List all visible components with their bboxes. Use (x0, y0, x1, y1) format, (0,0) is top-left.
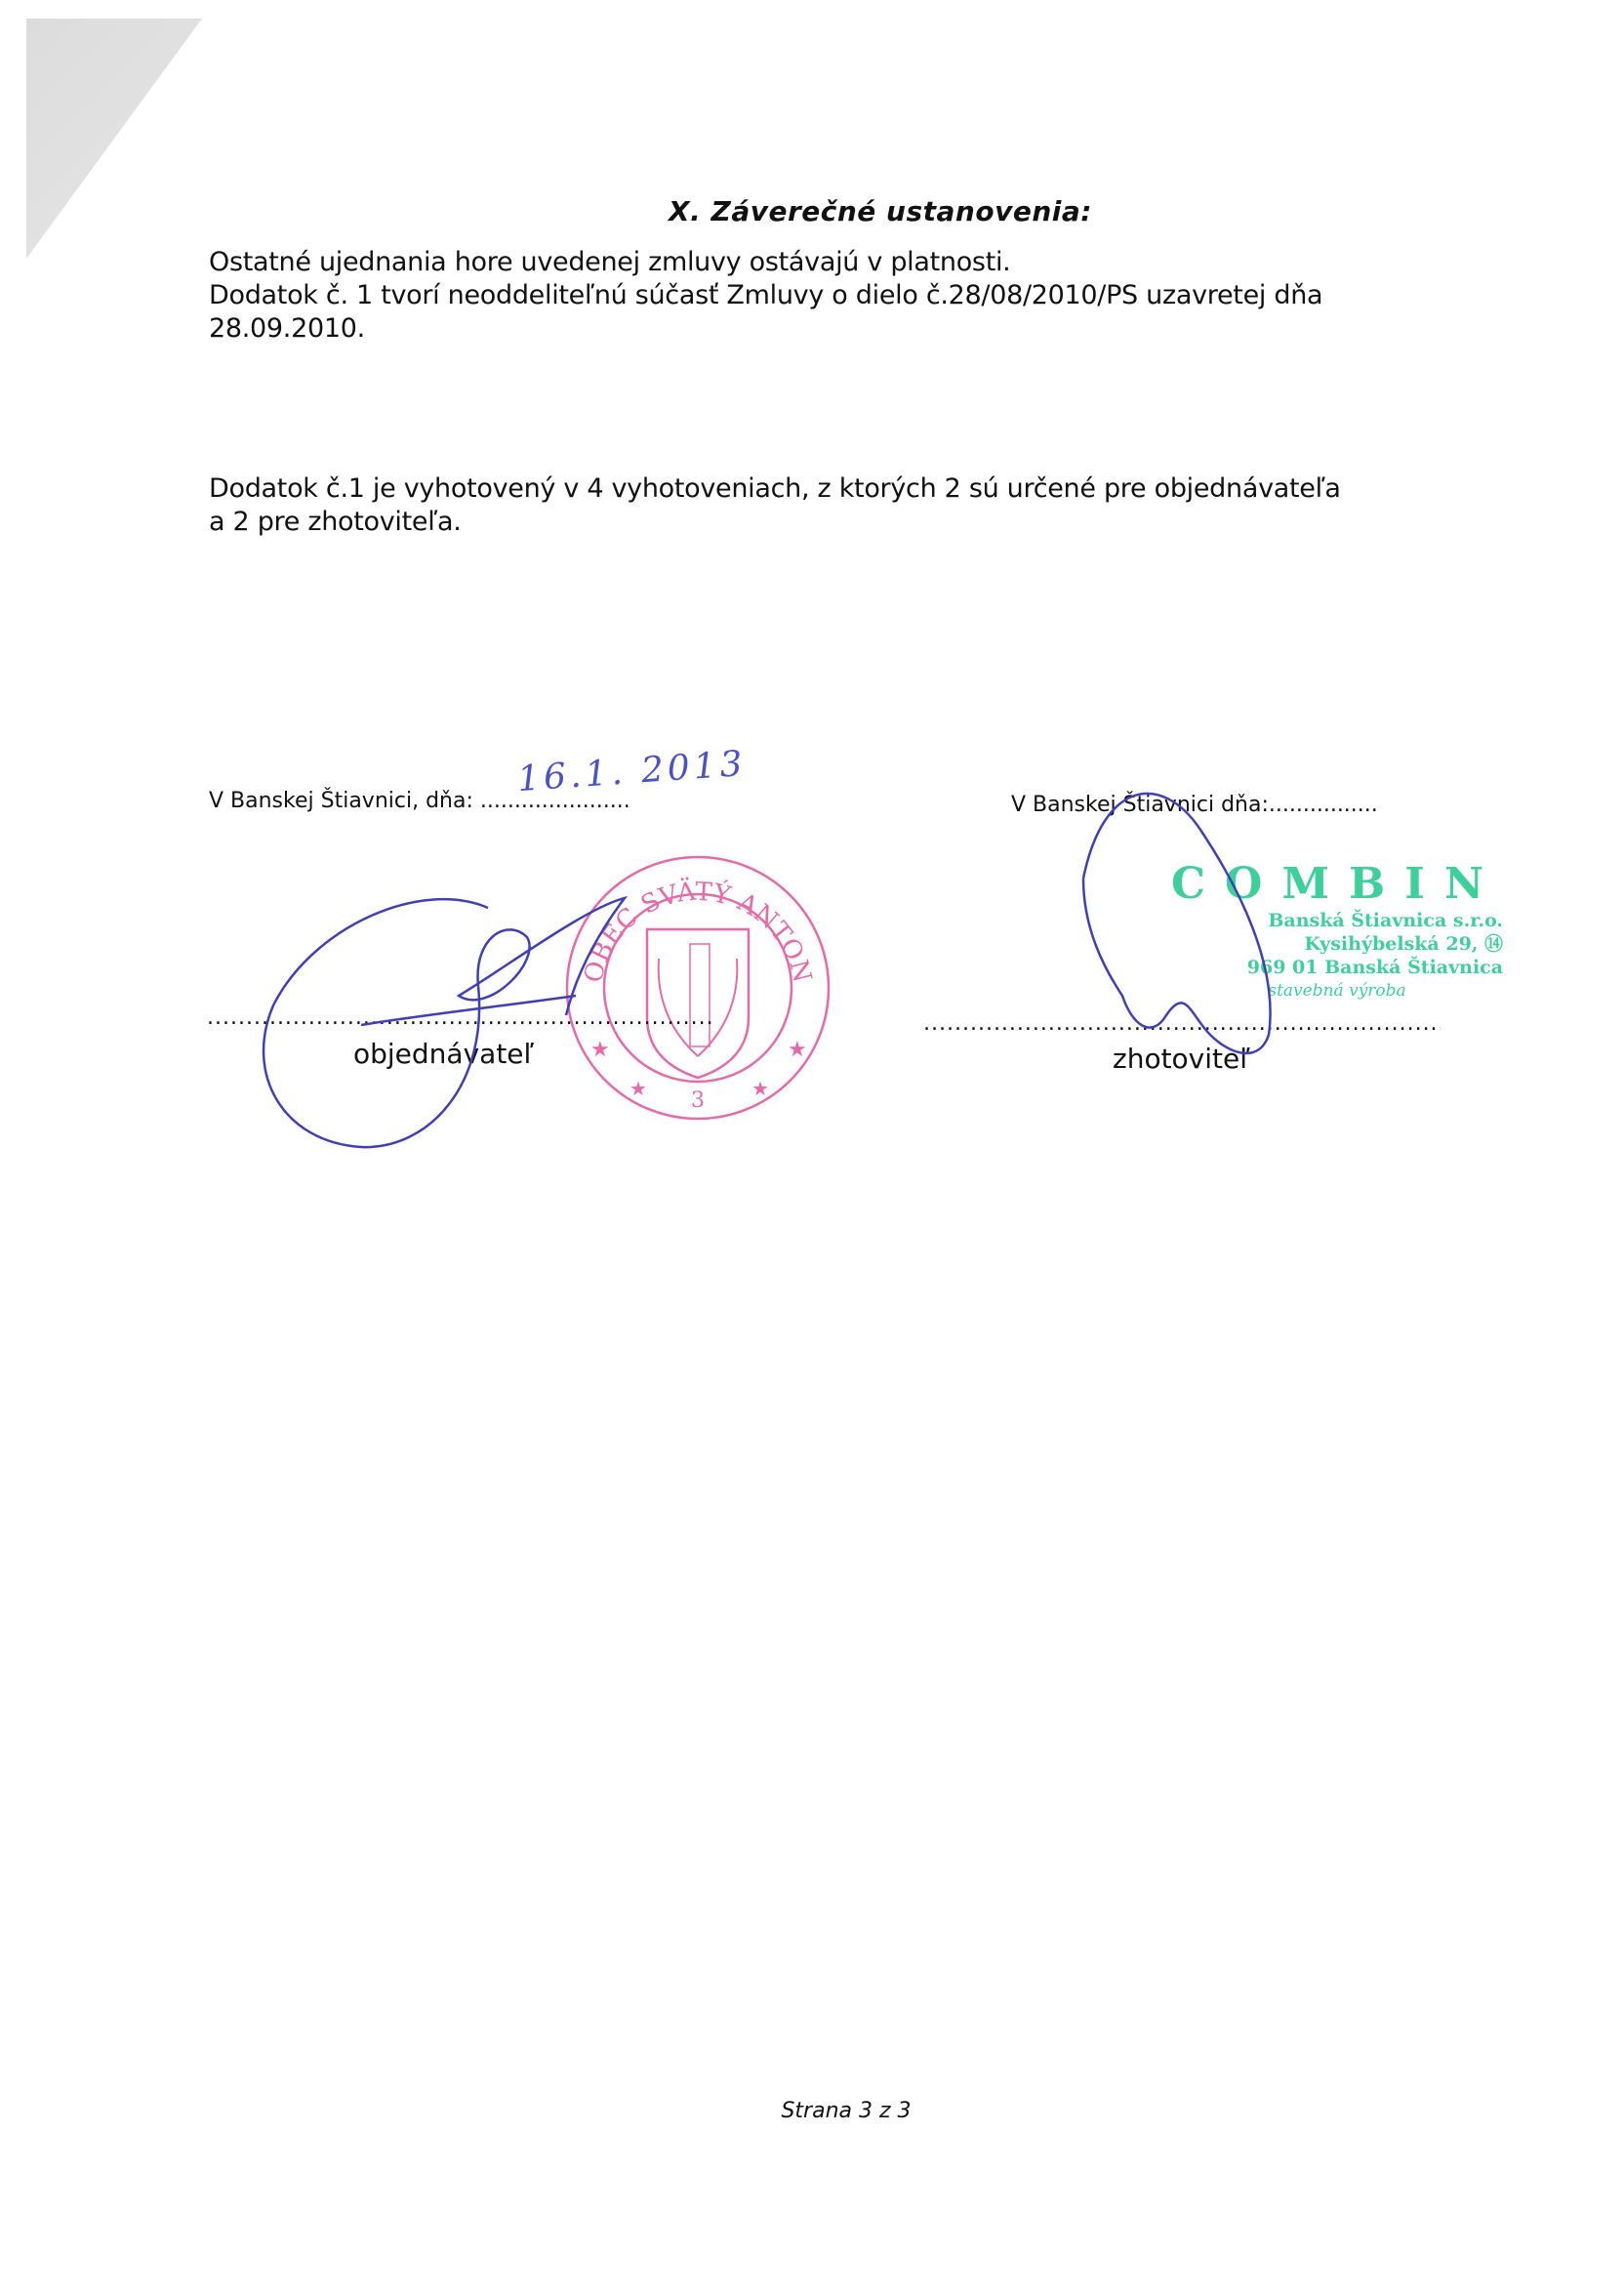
company-stamp-line: Kysihýbelská 29, ⑭ (1171, 932, 1503, 956)
signature-line-right: ........................................… (923, 1011, 1441, 1036)
paragraph-validity: Ostatné ujednania hore uvedenej zmluvy o… (209, 246, 1322, 346)
municipal-stamp: OBEC SVÄTÝ ANTON 3 ★ ★ ★ ★ (561, 851, 834, 1125)
place-date-left: V Banskej Štiavnici, dňa: ..............… (209, 789, 630, 813)
paragraph-line: a 2 pre zhotoviteľa. (209, 506, 1341, 539)
role-label-client: objednávateľ (353, 1038, 534, 1070)
paragraph-line: Ostatné ujednania hore uvedenej zmluvy o… (209, 246, 1322, 279)
svg-text:★: ★ (788, 1038, 807, 1062)
company-stamp: COMBIN Banská Štiavnica s.r.o. Kysihýbel… (1171, 859, 1503, 1003)
company-stamp-line: Banská Štiavnica s.r.o. (1171, 909, 1503, 932)
paragraph-line: Dodatok č. 1 tvorí neoddeliteľnú súčasť … (209, 279, 1322, 312)
paragraph-copies: Dodatok č.1 je vyhotovený v 4 vyhotoveni… (209, 472, 1341, 539)
signature-line-left: ........................................… (207, 1005, 714, 1030)
paragraph-line: Dodatok č.1 je vyhotovený v 4 vyhotoveni… (209, 472, 1341, 506)
company-stamp-name: COMBIN (1171, 859, 1503, 909)
role-label-contractor: zhotoviteľ (1113, 1043, 1250, 1075)
svg-text:★: ★ (629, 1077, 647, 1100)
svg-text:★: ★ (751, 1077, 769, 1100)
svg-text:3: 3 (691, 1088, 705, 1113)
page-number: Strana 3 z 3 (0, 2099, 1624, 2123)
company-stamp-line: 969 01 Banská Štiavnica (1171, 956, 1503, 979)
section-heading: X. Záverečné ustanovenia: (0, 195, 1624, 227)
svg-text:OBEC SVÄTÝ ANTON: OBEC SVÄTÝ ANTON (579, 877, 817, 986)
place-date-right: V Banskej Štiavnici dňa:................ (1011, 793, 1378, 817)
svg-text:★: ★ (590, 1038, 610, 1062)
company-stamp-line: stavebná výroba (1171, 979, 1503, 1003)
paragraph-line: 28.09.2010. (209, 312, 1322, 346)
